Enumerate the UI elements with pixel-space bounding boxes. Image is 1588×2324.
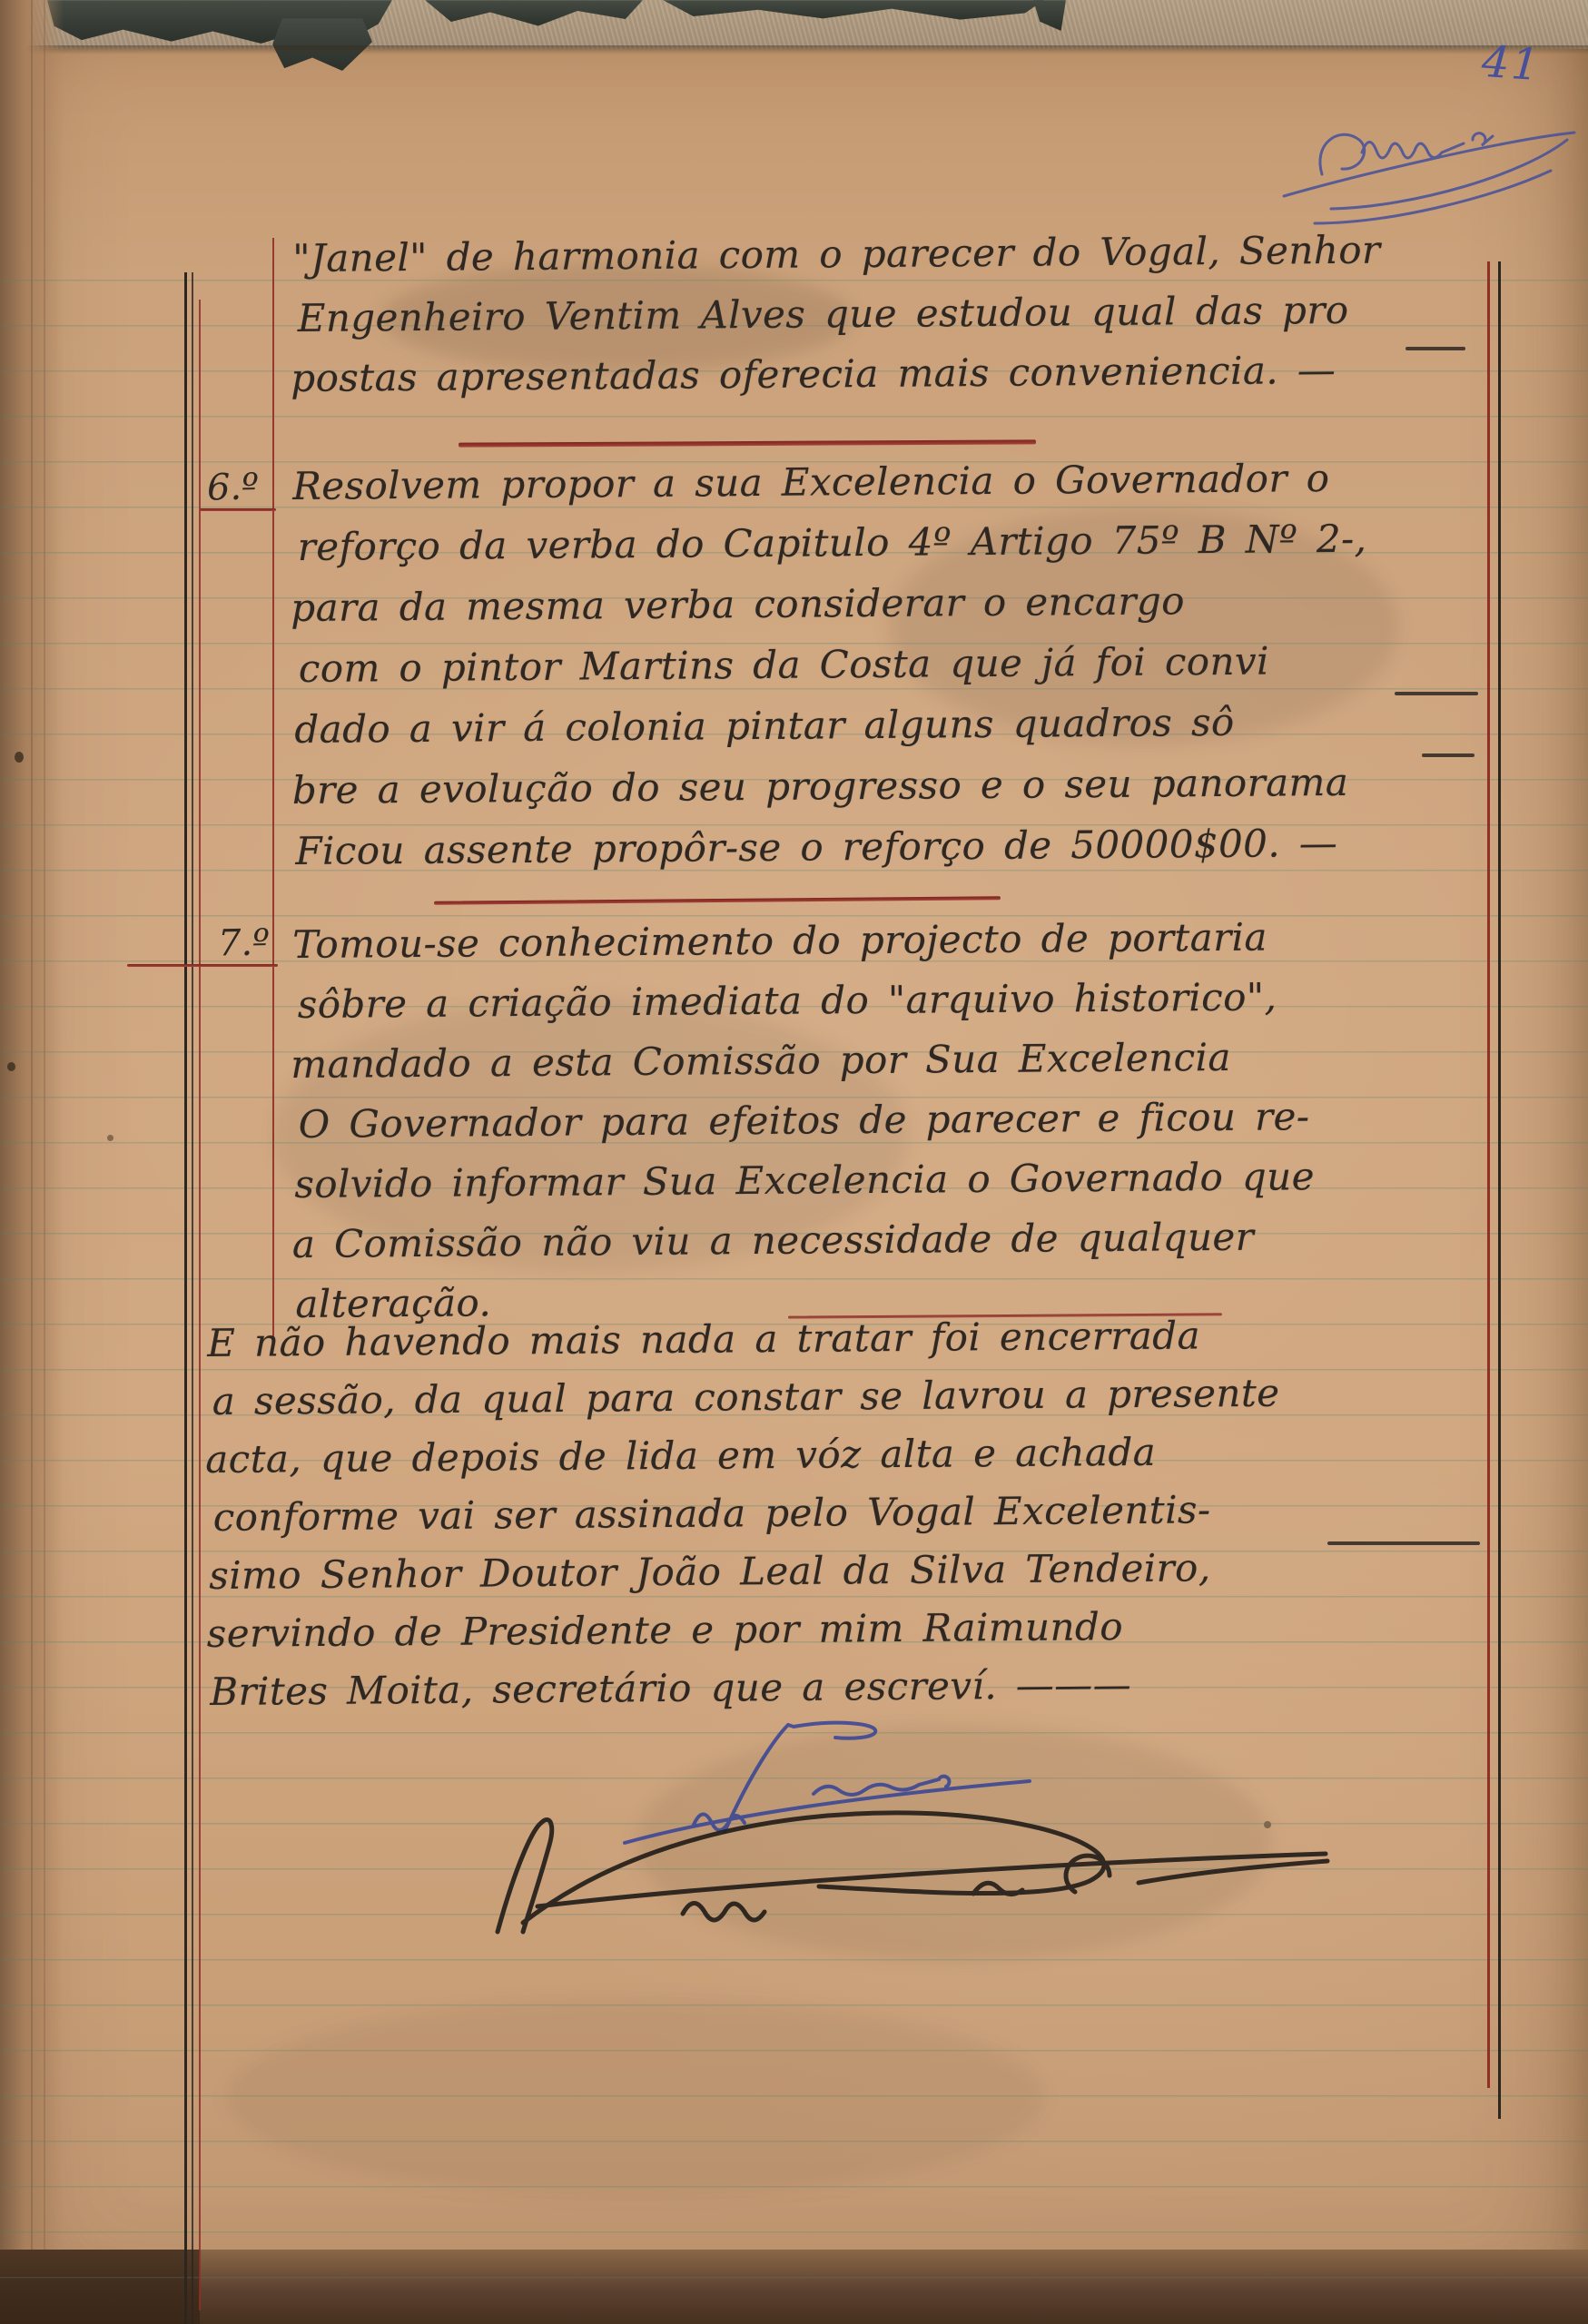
manuscript-page: 41 "Janel" de harmonia com o parecer do …	[0, 0, 1588, 2324]
margin-rule-black	[192, 272, 193, 2324]
item-number-underline	[200, 508, 276, 511]
manuscript-line: com o pintor Martins da Costa que já foi…	[299, 629, 1493, 699]
manuscript-line: mandado a esta Comissão por Sua Excelenc…	[291, 1026, 1492, 1095]
manuscript-line: bre a evolução do seu progresso e o seu …	[292, 751, 1494, 821]
paper-speck	[107, 1135, 113, 1141]
manuscript-line: O Governador para efeitos de parecer e f…	[299, 1086, 1493, 1155]
item-number-6: 6.º	[207, 467, 260, 509]
book-bottom-corner	[0, 2250, 200, 2324]
indent-rule-red	[272, 238, 274, 1348]
paper-top-edge	[0, 45, 1588, 54]
manuscript-line: Tomou-se conhecimento do projecto de por…	[292, 906, 1491, 975]
item-7-paragraph: Tomou-se conhecimento do projecto de por…	[292, 906, 1494, 1334]
manuscript-line: servindo de Presidente e por mim Raimund…	[207, 1595, 1499, 1663]
item-number-underline	[127, 964, 278, 967]
item-number-7: 7.º	[218, 922, 271, 965]
book-bottom-edge	[0, 2250, 1588, 2324]
manuscript-line: simo Senhor Doutor João Leal da Silva Te…	[209, 1537, 1498, 1605]
torn-fabric-patch	[272, 18, 372, 71]
manuscript-line: reforço da verba do Capitulo 4º Artigo 7…	[298, 507, 1492, 577]
manuscript-line: Engenheiro Ventim Alves que estudou qual…	[298, 280, 1492, 349]
manuscript-line: "Janel" de harmonia com o parecer do Vog…	[292, 220, 1491, 289]
manuscript-line: sôbre a criação imediata do "arquivo his…	[298, 966, 1492, 1035]
paper-speck	[7, 1062, 15, 1071]
manuscript-line: Ficou assente propôr-se o reforço de 500…	[295, 812, 1494, 881]
manuscript-line: solvido informar Sua Excelencia o Govern…	[294, 1146, 1493, 1215]
margin-rule-red	[199, 300, 201, 2310]
item-6-paragraph: Resolvem propor a sua Excelencia o Gover…	[292, 447, 1494, 881]
manuscript-line: conforme vai ser assinada pelo Vogal Exc…	[213, 1479, 1498, 1547]
page-number: 41	[1480, 36, 1543, 91]
section-separator	[459, 439, 1036, 447]
edge-ridge	[44, 0, 45, 2324]
paper-speck	[15, 752, 24, 763]
manuscript-line: postas apresentadas oferecia mais conven…	[291, 340, 1492, 409]
manuscript-line: acta, que depois de lida em vóz alta e a…	[205, 1421, 1497, 1489]
manuscript-line: Resolvem propor a sua Excelencia o Gover…	[292, 447, 1491, 517]
manuscript-line: a sessão, da qual para constar se lavrou…	[212, 1363, 1497, 1431]
manuscript-line: E não havendo mais nada a tratar foi enc…	[207, 1305, 1496, 1373]
marginal-rubric-signature	[1278, 87, 1582, 232]
manuscript-line: para da mesma verba considerar o encargo	[291, 568, 1492, 638]
margin-rule-black-right	[1498, 261, 1501, 2119]
margin-rule-black	[184, 272, 187, 2324]
secretary-signature	[465, 1787, 1336, 1950]
manuscript-line: Brites Moita, secretário que a escreví. …	[210, 1653, 1499, 1721]
manuscript-line: dado a vir á colonia pintar alguns quadr…	[294, 690, 1493, 760]
bleedthrough-smudge	[227, 1997, 1044, 2197]
section-separator	[434, 896, 1001, 904]
manuscript-line: a Comissão não viu a necessidade de qual…	[292, 1206, 1494, 1275]
opening-paragraph: "Janel" de harmonia com o parecer do Vog…	[292, 220, 1493, 409]
edge-ridge	[31, 0, 33, 2324]
closing-paragraph: E não havendo mais nada a tratar foi enc…	[207, 1305, 1499, 1721]
